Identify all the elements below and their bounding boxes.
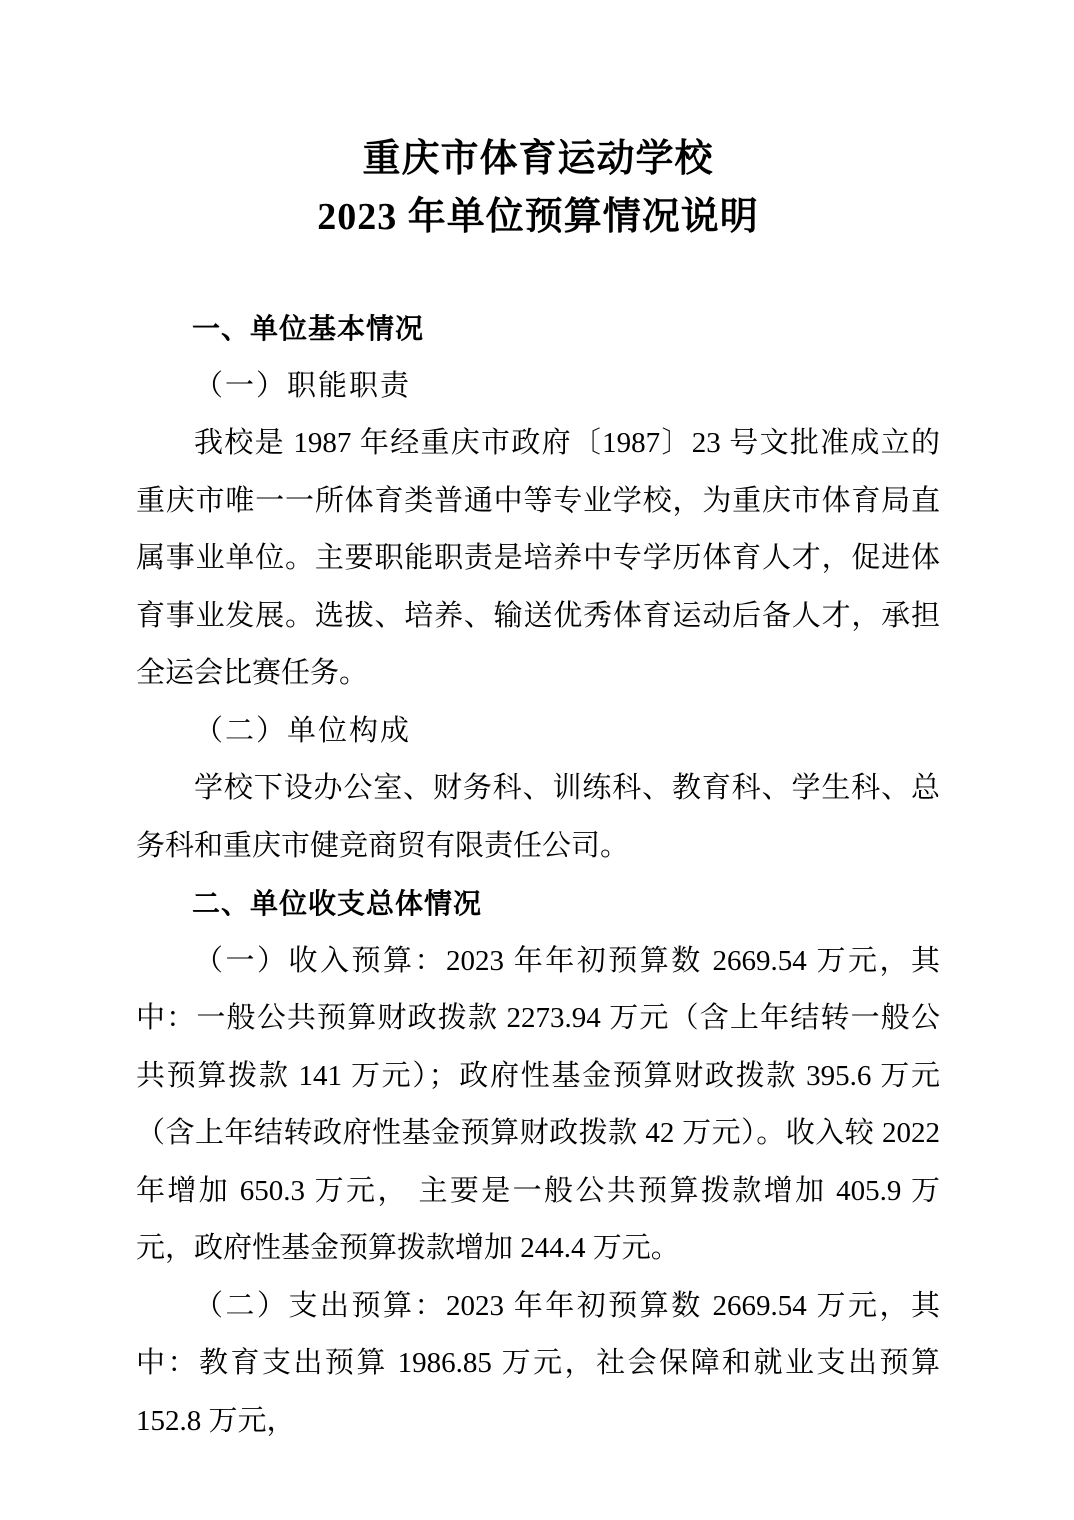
section-heading-budget-overview: 二、单位收支总体情况	[136, 875, 940, 933]
paragraph-duties: 我校是 1987 年经重庆市政府〔1987〕23 号文批准成立的重庆市唯一一所体…	[136, 415, 940, 703]
paragraph-expenditure-budget: （二）支出预算：2023 年年初预算数 2669.54 万元，其中：教育支出预算…	[136, 1278, 940, 1451]
title-line-2: 2023 年单位预算情况说明	[136, 188, 940, 246]
section-heading-basic-info: 一、单位基本情况	[136, 300, 940, 358]
title-line-1: 重庆市体育运动学校	[136, 130, 940, 188]
subsection-heading-duties: （一）职能职责	[136, 358, 940, 416]
subsection-heading-composition: （二）单位构成	[136, 703, 940, 761]
document-title: 重庆市体育运动学校 2023 年单位预算情况说明	[136, 130, 940, 246]
document-body: 一、单位基本情况 （一）职能职责 我校是 1987 年经重庆市政府〔1987〕2…	[136, 300, 940, 1450]
paragraph-composition: 学校下设办公室、财务科、训练科、教育科、学生科、总务科和重庆市健竞商贸有限责任公…	[136, 760, 940, 875]
paragraph-revenue-budget: （一）收入预算：2023 年年初预算数 2669.54 万元，其中：一般公共预算…	[136, 933, 940, 1278]
document-page: 重庆市体育运动学校 2023 年单位预算情况说明 一、单位基本情况 （一）职能职…	[0, 0, 1074, 1520]
